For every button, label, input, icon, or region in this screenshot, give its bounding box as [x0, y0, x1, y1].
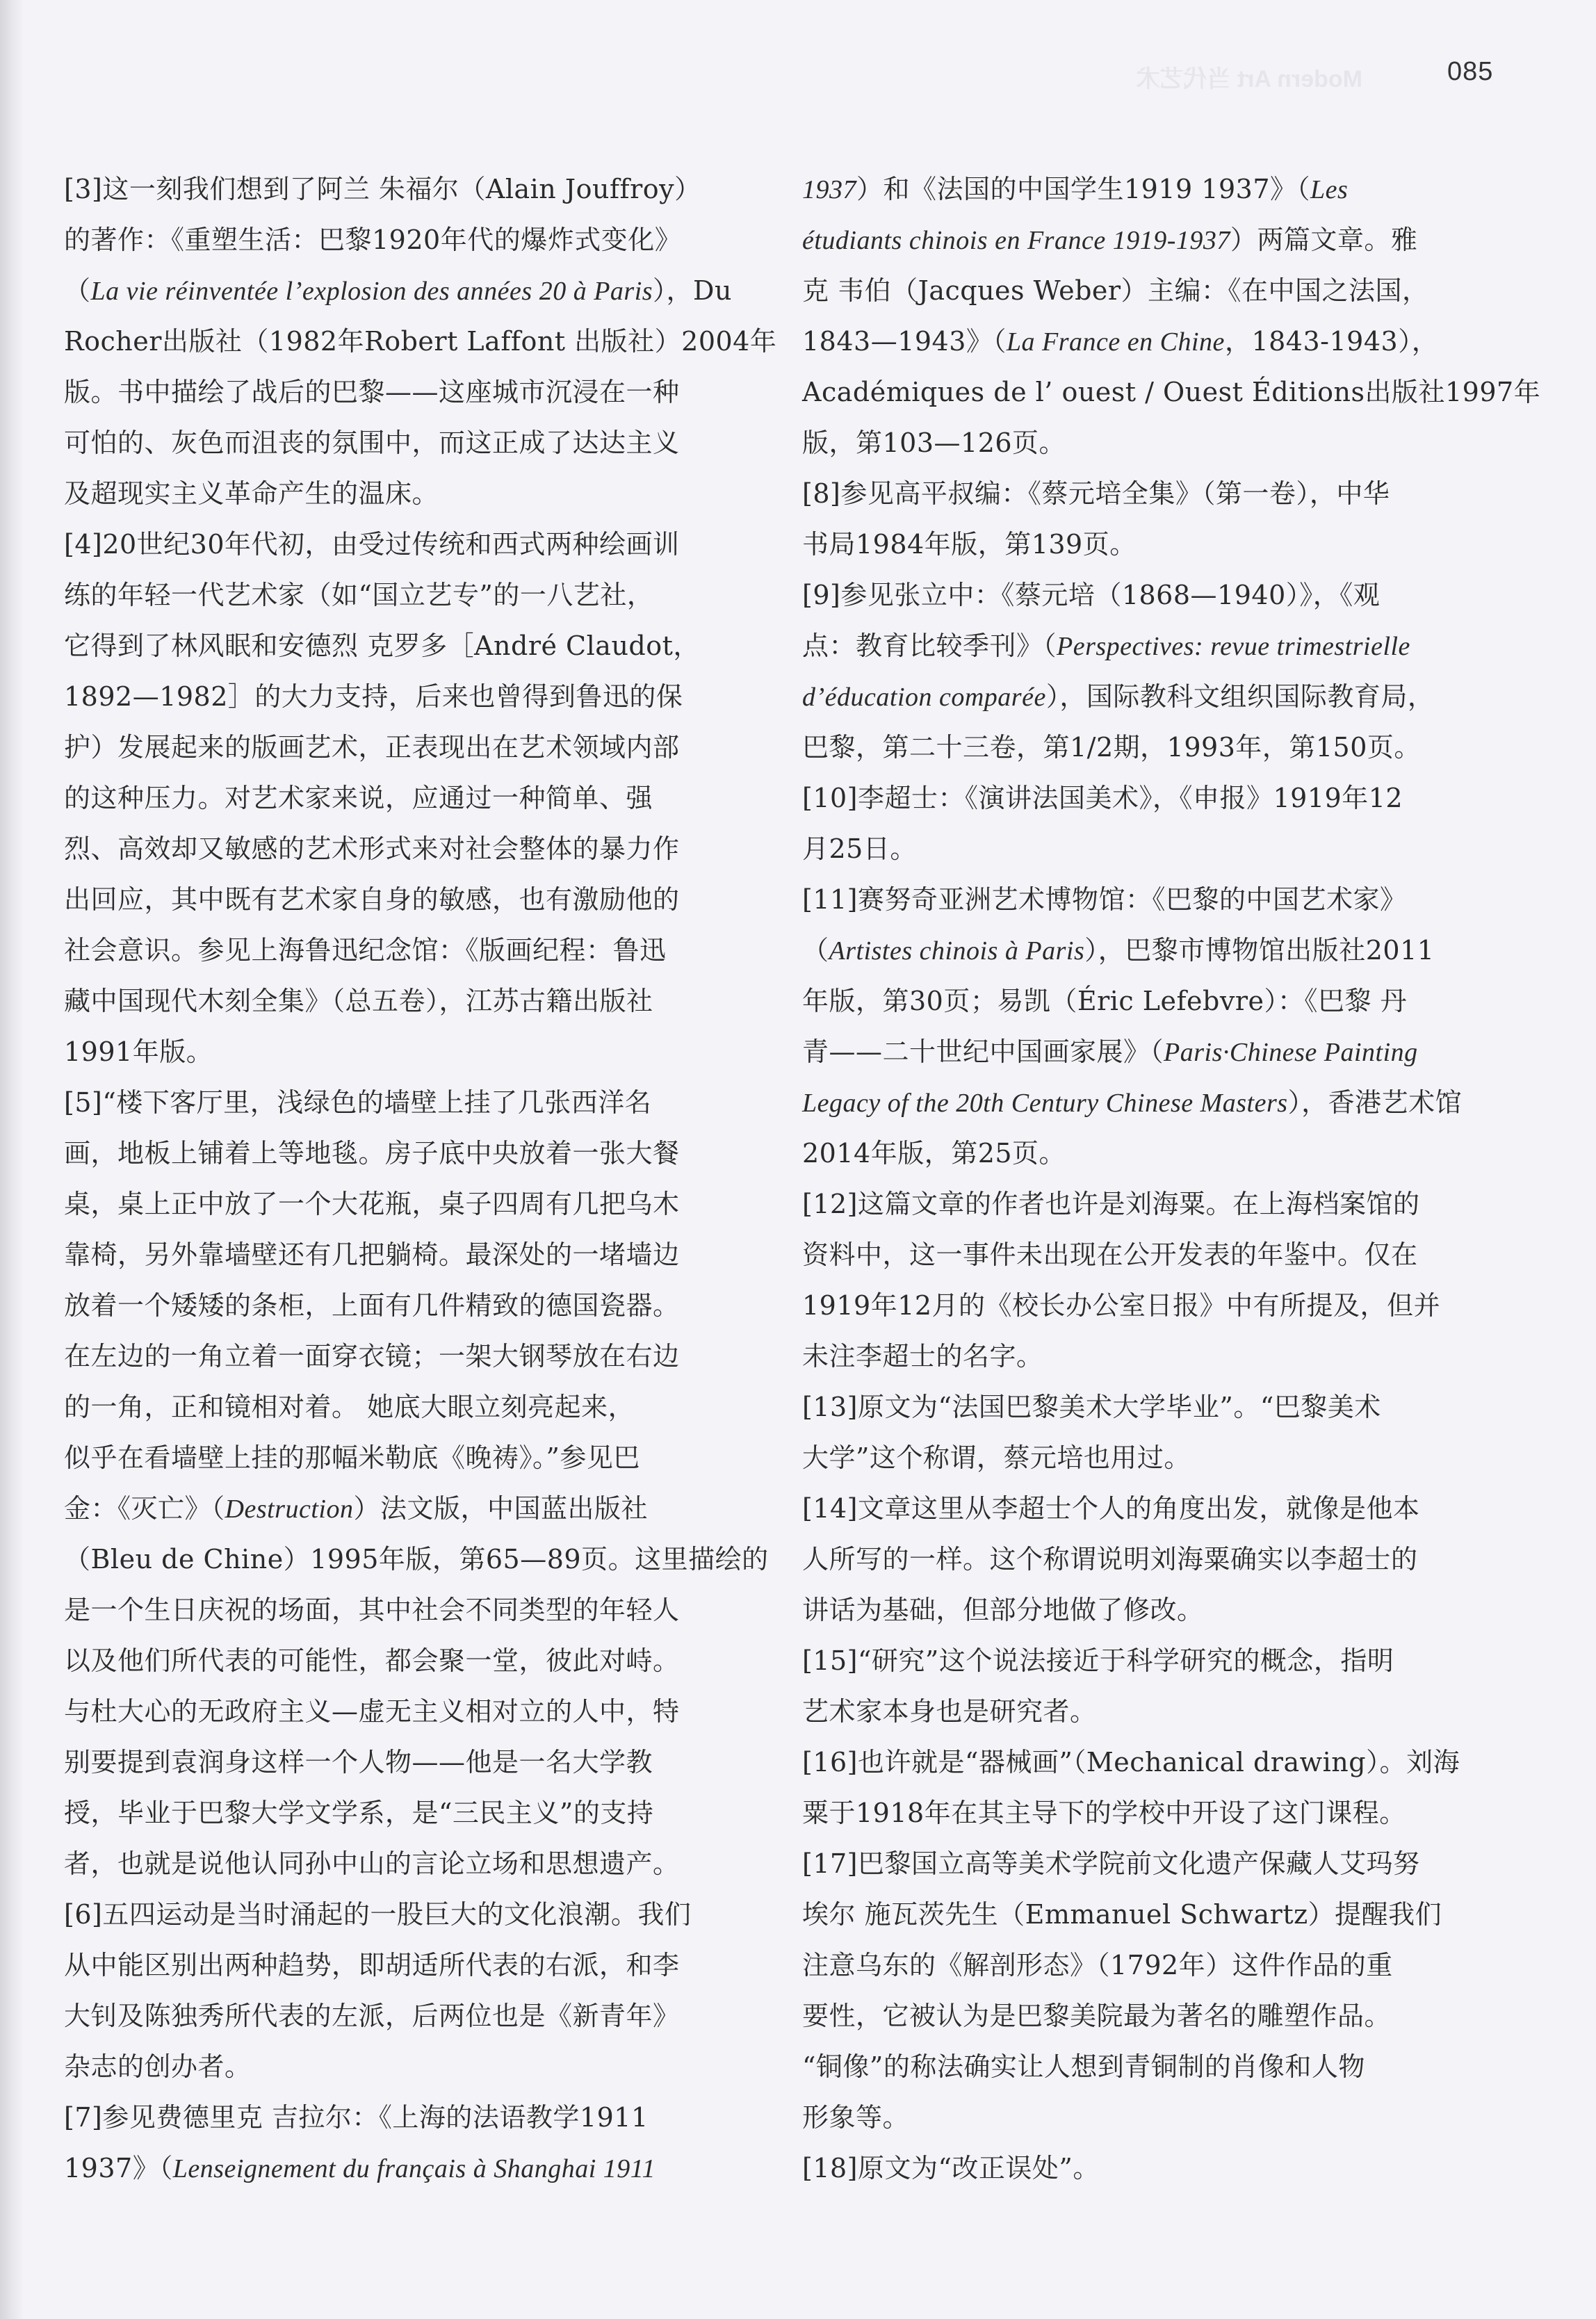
footnote-11: [11]赛努奇亚洲艺术博物馆：《巴黎的中国艺术家》（Artistes chino… [802, 874, 1490, 1179]
footnote-line: 出回应，其中既有艺术家自身的敏感，也有激励他的 [64, 874, 744, 925]
footnote-17: [17]巴黎国立高等美术学院前文化遗产保藏人艾玛努埃尔 施瓦茨先生（Emmanu… [802, 1839, 1490, 2143]
footnote-12: [12]这篇文章的作者也许是刘海粟。在上海档案馆的资料中，这一事件未出现在公开发… [802, 1179, 1490, 1382]
footnote-6: [6]五四运动是当时涌起的一股巨大的文化浪潮。我们从中能区别出两种趋势，即胡适所… [64, 1889, 744, 2092]
footnote-line: （Artistes chinois à Paris），巴黎市博物馆出版社2011 [802, 925, 1490, 976]
footnote-15: [15]“研究”这个说法接近于科学研究的概念，指明艺术家本身也是研究者。 [802, 1636, 1490, 1737]
footnote-13: [13]原文为“法国巴黎美术大学毕业”。“巴黎美术大学”这个称谓，蔡元培也用过。 [802, 1382, 1490, 1483]
footnote-7-cont: 1937）和《法国的中国学生1919 1937》（Lesétudiants ch… [802, 164, 1490, 469]
footnote-line: [9]参见张立中：《蔡元培（1868—1940）》，《观 [802, 570, 1490, 621]
footnote-line: 青——二十世纪中国画家展》（Paris·Chinese Painting [802, 1027, 1490, 1077]
footnotes-column-left: [3]这一刻我们想到了阿兰 朱福尔（Alain Jouffroy）的著作：《重塑… [64, 164, 744, 2194]
footnote-line: Académiques de l’ ouest / Ouest Éditions… [802, 367, 1490, 418]
footnote-line: 大钊及陈独秀所代表的左派，后两位也是《新青年》 [64, 1991, 744, 2042]
footnote-line: 社会意识。参见上海鲁迅纪念馆：《版画纪程：鲁迅 [64, 925, 744, 976]
footnote-9: [9]参见张立中：《蔡元培（1868—1940）》，《观点：教育比较季刊》（Pe… [802, 570, 1490, 773]
footnote-line: [16]也许就是“器械画”（Mechanical drawing）。刘海 [802, 1737, 1490, 1788]
footnote-line: 资料中，这一事件未出现在公开发表的年鉴中。仅在 [802, 1230, 1490, 1280]
footnote-line: 年版，第30页；易凯（Éric Lefebvre）：《巴黎 丹 [802, 976, 1490, 1027]
footnote-line: 2014年版，第25页。 [802, 1128, 1490, 1179]
footnote-line: 护）发展起来的版画艺术，正表现出在艺术领域内部 [64, 722, 744, 773]
footnote-line: 艺术家本身也是研究者。 [802, 1686, 1490, 1737]
footnote-line: 要性，它被认为是巴黎美院最为著名的雕塑作品。 [802, 1991, 1490, 2042]
footnote-line: 书局1984年版，第139页。 [802, 519, 1490, 570]
footnote-line: 克 韦伯（Jacques Weber）主编：《在中国之法国， [802, 266, 1490, 316]
footnote-line: 巴黎，第二十三卷，第1/2期，1993年，第150页。 [802, 722, 1490, 773]
footnote-line: [11]赛努奇亚洲艺术博物馆：《巴黎的中国艺术家》 [802, 874, 1490, 925]
footnote-line: 练的年轻一代艺术家（如“国立艺专”的一八艺社， [64, 570, 744, 621]
footnote-line: 1937）和《法国的中国学生1919 1937》（Les [802, 164, 1490, 215]
footnote-line: 画，地板上铺着上等地毯。房子底中央放着一张大餐 [64, 1128, 744, 1179]
footnote-line: 注意乌东的《解剖形态》（1792年）这件作品的重 [802, 1940, 1490, 1991]
footnote-line: 1937》（Lenseignement du français à Shangh… [64, 2143, 744, 2194]
footnote-line: 的著作：《重塑生活：巴黎1920年代的爆炸式变化》 [64, 215, 744, 266]
footnote-8: [8]参见高平叔编：《蔡元培全集》（第一卷），中华书局1984年版，第139页。 [802, 469, 1490, 570]
footnote-line: 月25日。 [802, 824, 1490, 874]
footnote-line: 粟于1918年在其主导下的学校中开设了这门课程。 [802, 1788, 1490, 1839]
footnote-line: 别要提到袁润身这样一个人物——他是一名大学教 [64, 1737, 744, 1788]
footnote-line: d’éducation comparée），国际教科文组织国际教育局， [802, 672, 1490, 722]
footnote-line: 埃尔 施瓦茨先生（Emmanuel Schwartz）提醒我们 [802, 1889, 1490, 1940]
footnote-line: 讲话为基础，但部分地做了修改。 [802, 1585, 1490, 1636]
footnote-line: 大学”这个称谓，蔡元培也用过。 [802, 1433, 1490, 1483]
footnote-line: 1919年12月的《校长办公室日报》中有所提及，但并 [802, 1280, 1490, 1331]
footnote-line: [14]文章这里从李超士个人的角度出发，就像是他本 [802, 1483, 1490, 1534]
footnote-line: 1892—1982］的大力支持，后来也曾得到鲁迅的保 [64, 672, 744, 722]
footnote-line: 未注李超士的名字。 [802, 1331, 1490, 1382]
footnote-10: [10]李超士：《演讲法国美术》，《申报》1919年12月25日。 [802, 773, 1490, 874]
footnote-line: 桌，桌上正中放了一个大花瓶，桌子四周有几把乌木 [64, 1179, 744, 1230]
footnote-line: 杂志的创办者。 [64, 2042, 744, 2092]
footnote-14: [14]文章这里从李超士个人的角度出发，就像是他本人所写的一样。这个称谓说明刘海… [802, 1483, 1490, 1636]
footnote-line: [10]李超士：《演讲法国美术》，《申报》1919年12 [802, 773, 1490, 824]
footnote-line: étudiants chinois en France 1919-1937）两篇… [802, 215, 1490, 266]
footnote-line: 1843—1943》（La France en Chine，1843-1943）… [802, 316, 1490, 367]
footnote-line: 从中能区别出两种趋势，即胡适所代表的右派，和李 [64, 1940, 744, 1991]
footnote-line: [18]原文为“改正误处”。 [802, 2143, 1490, 2194]
footnote-line: 及超现实主义革命产生的温床。 [64, 469, 744, 519]
footnote-16: [16]也许就是“器械画”（Mechanical drawing）。刘海粟于19… [802, 1737, 1490, 1839]
footnote-line: [17]巴黎国立高等美术学院前文化遗产保藏人艾玛努 [802, 1839, 1490, 1889]
footnote-line: 1991年版。 [64, 1027, 744, 1077]
footnote-line: Rocher出版社（1982年Robert Laffont 出版社）2004年 [64, 316, 744, 367]
footnote-line: 的一角，正和镜相对着。 她底大眼立刻亮起来， [64, 1382, 744, 1433]
footnote-line: 烈、高效却又敏感的艺术形式来对社会整体的暴力作 [64, 824, 744, 874]
running-header-show-through: Modern Art 当代艺术 [1112, 60, 1362, 90]
footnote-line: 授，毕业于巴黎大学文学系，是“三民主义”的支持 [64, 1788, 744, 1839]
footnote-line: 与杜大心的无政府主义—虚无主义相对立的人中，特 [64, 1686, 744, 1737]
footnote-line: 似乎在看墙壁上挂的那幅米勒底《晚祷》。”参见巴 [64, 1433, 744, 1483]
footnote-line: （Bleu de Chine）1995年版，第65—89页。这里描绘的 [64, 1534, 744, 1585]
footnote-line: 是一个生日庆祝的场面，其中社会不同类型的年轻人 [64, 1585, 744, 1636]
footnote-line: 靠椅，另外靠墙壁还有几把躺椅。最深处的一堵墙边 [64, 1230, 744, 1280]
footnote-7: [7]参见费德里克 吉拉尔：《上海的法语教学19111937》（Lenseign… [64, 2092, 744, 2194]
footnote-line: [3]这一刻我们想到了阿兰 朱福尔（Alain Jouffroy） [64, 164, 744, 215]
footnote-3: [3]这一刻我们想到了阿兰 朱福尔（Alain Jouffroy）的著作：《重塑… [64, 164, 744, 519]
footnote-line: 版。书中描绘了战后的巴黎——这座城市沉浸在一种 [64, 367, 744, 418]
footnote-line: 者，也就是说他认同孙中山的言论立场和思想遗产。 [64, 1839, 744, 1889]
footnote-5: [5]“楼下客厅里，浅绿色的墙壁上挂了几张西洋名画，地板上铺着上等地毯。房子底中… [64, 1077, 744, 1889]
footnote-line: Legacy of the 20th Century Chinese Maste… [802, 1077, 1490, 1128]
footnote-line: 的这种压力。对艺术家来说，应通过一种简单、强 [64, 773, 744, 824]
footnote-line: [7]参见费德里克 吉拉尔：《上海的法语教学1911 [64, 2092, 744, 2143]
footnote-line: [4]20世纪30年代初，由受过传统和西式两种绘画训 [64, 519, 744, 570]
page-edge-shadow [0, 0, 24, 2319]
footnote-line: 版，第103—126页。 [802, 418, 1490, 469]
footnote-line: 放着一个矮矮的条柜，上面有几件精致的德国瓷器。 [64, 1280, 744, 1331]
footnote-line: “铜像”的称法确实让人想到青铜制的肖像和人物 [802, 2042, 1490, 2092]
footnote-line: 人所写的一样。这个称谓说明刘海粟确实以李超士的 [802, 1534, 1490, 1585]
footnote-line: [15]“研究”这个说法接近于科学研究的概念，指明 [802, 1636, 1490, 1686]
footnote-line: [6]五四运动是当时涌起的一股巨大的文化浪潮。我们 [64, 1889, 744, 1940]
footnote-line: 可怕的、灰色而沮丧的氛围中，而这正成了达达主义 [64, 418, 744, 469]
footnote-line: （La vie réinventée l’explosion des année… [64, 266, 744, 316]
footnotes-column-right: 1937）和《法国的中国学生1919 1937》（Lesétudiants ch… [802, 164, 1490, 2194]
footnote-line: 金：《灭亡》（Destruction）法文版，中国蓝出版社 [64, 1483, 744, 1534]
footnote-line: 在左边的一角立着一面穿衣镜；一架大钢琴放在右边 [64, 1331, 744, 1382]
footnote-line: 藏中国现代木刻全集》（总五卷），江苏古籍出版社 [64, 976, 744, 1027]
footnote-4: [4]20世纪30年代初，由受过传统和西式两种绘画训练的年轻一代艺术家（如“国立… [64, 519, 744, 1077]
footnote-line: [12]这篇文章的作者也许是刘海粟。在上海档案馆的 [802, 1179, 1490, 1230]
footnote-18: [18]原文为“改正误处”。 [802, 2143, 1490, 2194]
footnote-line: 它得到了林风眠和安德烈 克罗多［André Claudot， [64, 621, 744, 672]
footnote-line: 以及他们所代表的可能性，都会聚一堂，彼此对峙。 [64, 1636, 744, 1686]
footnote-line: [8]参见高平叔编：《蔡元培全集》（第一卷），中华 [802, 469, 1490, 519]
footnote-line: [5]“楼下客厅里，浅绿色的墙壁上挂了几张西洋名 [64, 1077, 744, 1128]
page-number: 085 [1447, 57, 1493, 87]
footnote-line: 形象等。 [802, 2092, 1490, 2143]
footnote-line: [13]原文为“法国巴黎美术大学毕业”。“巴黎美术 [802, 1382, 1490, 1433]
footnote-line: 点：教育比较季刊》（Perspectives: revue trimestrie… [802, 621, 1490, 672]
